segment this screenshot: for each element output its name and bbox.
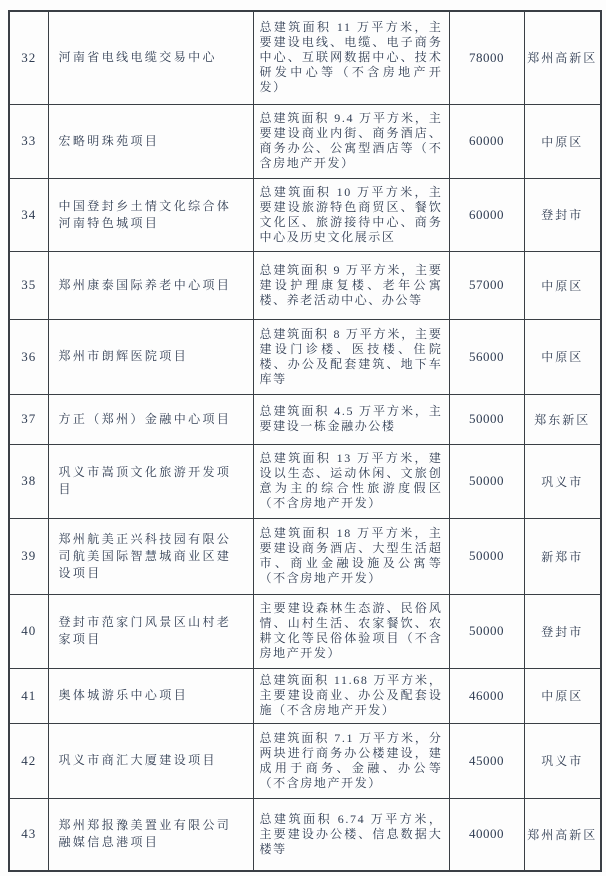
- investment-amount: 60000: [449, 104, 524, 178]
- investment-amount: 50000: [449, 594, 524, 668]
- district: 中原区: [524, 104, 601, 178]
- row-number: 39: [9, 518, 48, 594]
- investment-amount: 60000: [449, 178, 524, 251]
- investment-amount: 56000: [449, 319, 524, 394]
- document-page: 32 河南省电线电缆交易中心 总建筑面积 11 万平方米，主要建设电线、电缆、电…: [0, 0, 606, 876]
- project-name: 中国登封乡土情文化综合体河南特色城项目: [48, 178, 253, 251]
- table-row: 38 巩义市嵩顶文化旅游开发项目 总建筑面积 13 万平方米，建设以生态、运动休…: [9, 444, 601, 518]
- district: 郑州高新区: [524, 11, 601, 104]
- project-name: 方正（郑州）金融中心项目: [48, 394, 253, 444]
- district: 中原区: [524, 319, 601, 394]
- project-name: 郑州市朗辉医院项目: [48, 319, 253, 394]
- district: 巩义市: [524, 444, 601, 518]
- row-number: 43: [9, 798, 48, 871]
- row-number: 36: [9, 319, 48, 394]
- project-name: 登封市范家门风景区山村老家项目: [48, 594, 253, 668]
- projects-table: 32 河南省电线电缆交易中心 总建筑面积 11 万平方米，主要建设电线、电缆、电…: [8, 10, 602, 872]
- row-number: 35: [9, 251, 48, 319]
- project-name: 郑州康泰国际养老中心项目: [48, 251, 253, 319]
- project-description: 总建筑面积 8 万平方米，主要建设门诊楼、医技楼、住院楼、办公及配套建筑、地下车…: [253, 319, 449, 394]
- row-number: 38: [9, 444, 48, 518]
- table-row: 42 巩义市商汇大厦建设项目 总建筑面积 7.1 万平方米，分两块进行商务办公楼…: [9, 723, 601, 798]
- district: 登封市: [524, 178, 601, 251]
- table-row: 37 方正（郑州）金融中心项目 总建筑面积 4.5 万平方米，主要建设一栋金融办…: [9, 394, 601, 444]
- project-description: 总建筑面积 11 万平方米，主要建设电线、电缆、电子商务中心、互联网数据中心、技…: [253, 11, 449, 104]
- row-number: 37: [9, 394, 48, 444]
- project-name: 宏略明珠苑项目: [48, 104, 253, 178]
- project-description: 总建筑面积 9.4 万平方米，主要建设商业内街、商务酒店、商务办公、公寓型酒店等…: [253, 104, 449, 178]
- investment-amount: 50000: [449, 444, 524, 518]
- project-description: 主要建设森林生态游、民俗风情、山村生活、农家餐饮、农耕文化等民俗体验项目（不含房…: [253, 594, 449, 668]
- table-row: 33 宏略明珠苑项目 总建筑面积 9.4 万平方米，主要建设商业内街、商务酒店、…: [9, 104, 601, 178]
- project-description: 总建筑面积 10 万平方米，主要建设旅游特色商贸区、餐饮文化区、旅游接待中心、商…: [253, 178, 449, 251]
- project-description: 总建筑面积 11.68 万平方米，主要建设商业、办公及配套设施（不含房地产开发）: [253, 668, 449, 723]
- table-row: 35 郑州康泰国际养老中心项目 总建筑面积 9 万平方米，主要建设护理康复楼、老…: [9, 251, 601, 319]
- district: 登封市: [524, 594, 601, 668]
- table-row: 39 郑州航美正兴科技园有限公司航美国际智慧城商业区建设项目 总建筑面积 18 …: [9, 518, 601, 594]
- investment-amount: 40000: [449, 798, 524, 871]
- investment-amount: 50000: [449, 394, 524, 444]
- table-row: 36 郑州市朗辉医院项目 总建筑面积 8 万平方米，主要建设门诊楼、医技楼、住院…: [9, 319, 601, 394]
- investment-amount: 78000: [449, 11, 524, 104]
- project-description: 总建筑面积 18 万平方米，主要建设商务酒店、大型生活超市、商业金融设施及公寓等…: [253, 518, 449, 594]
- project-description: 总建筑面积 7.1 万平方米，分两块进行商务办公楼建设，建成用于商务、金融、办公…: [253, 723, 449, 798]
- project-description: 总建筑面积 9 万平方米，主要建设护理康复楼、老年公寓楼、养老活动中心、办公等: [253, 251, 449, 319]
- district: 中原区: [524, 251, 601, 319]
- project-name: 郑州航美正兴科技园有限公司航美国际智慧城商业区建设项目: [48, 518, 253, 594]
- row-number: 42: [9, 723, 48, 798]
- row-number: 32: [9, 11, 48, 104]
- district: 巩义市: [524, 723, 601, 798]
- table-row: 41 奥体城游乐中心项目 总建筑面积 11.68 万平方米，主要建设商业、办公及…: [9, 668, 601, 723]
- row-number: 33: [9, 104, 48, 178]
- table-row: 40 登封市范家门风景区山村老家项目 主要建设森林生态游、民俗风情、山村生活、农…: [9, 594, 601, 668]
- row-number: 34: [9, 178, 48, 251]
- project-name: 奥体城游乐中心项目: [48, 668, 253, 723]
- investment-amount: 46000: [449, 668, 524, 723]
- row-number: 41: [9, 668, 48, 723]
- investment-amount: 45000: [449, 723, 524, 798]
- district: 新郑市: [524, 518, 601, 594]
- project-name: 巩义市嵩顶文化旅游开发项目: [48, 444, 253, 518]
- table-row: 43 郑州郑报豫美置业有限公司融媒信息港项目 总建筑面积 6.74 万平方米，主…: [9, 798, 601, 871]
- district: 郑东新区: [524, 394, 601, 444]
- investment-amount: 50000: [449, 518, 524, 594]
- table-row: 32 河南省电线电缆交易中心 总建筑面积 11 万平方米，主要建设电线、电缆、电…: [9, 11, 601, 104]
- district: 中原区: [524, 668, 601, 723]
- investment-amount: 57000: [449, 251, 524, 319]
- project-name: 郑州郑报豫美置业有限公司融媒信息港项目: [48, 798, 253, 871]
- project-description: 总建筑面积 6.74 万平方米，主要建设办公楼、信息数据大楼等: [253, 798, 449, 871]
- project-name: 河南省电线电缆交易中心: [48, 11, 253, 104]
- project-name: 巩义市商汇大厦建设项目: [48, 723, 253, 798]
- table-row: 34 中国登封乡土情文化综合体河南特色城项目 总建筑面积 10 万平方米，主要建…: [9, 178, 601, 251]
- row-number: 40: [9, 594, 48, 668]
- project-description: 总建筑面积 13 万平方米，建设以生态、运动休闲、文旅创意为主的综合性旅游度假区…: [253, 444, 449, 518]
- district: 郑州高新区: [524, 798, 601, 871]
- project-description: 总建筑面积 4.5 万平方米，主要建设一栋金融办公楼: [253, 394, 449, 444]
